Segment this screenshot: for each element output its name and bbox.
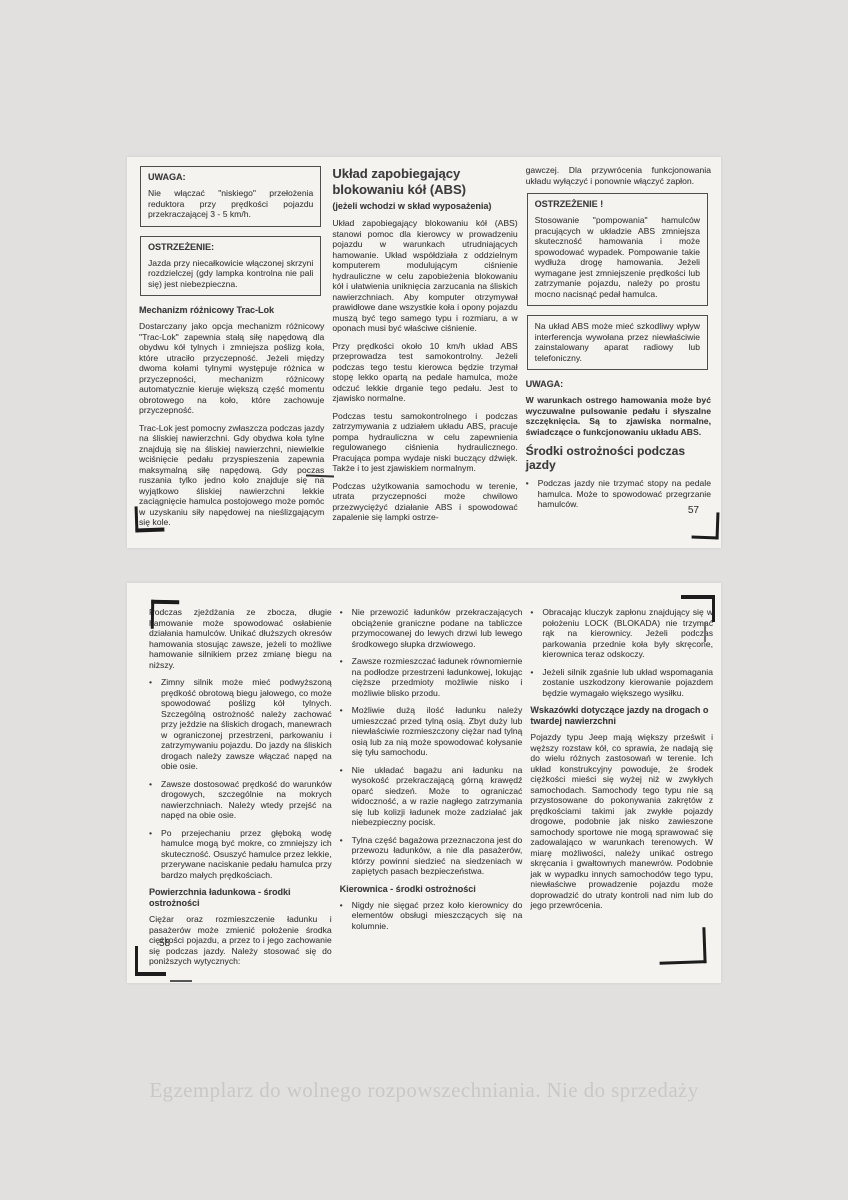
scan-artifact-dash — [704, 622, 706, 642]
list-item: Podczas jazdy nie trzymać stopy na pedal… — [526, 478, 711, 510]
paragraph: Podczas użytkowania samochodu w terenie,… — [332, 481, 517, 523]
info-box-body: Na układ ABS może mieć szkodliwy wpływ i… — [535, 321, 700, 363]
crop-mark — [135, 506, 165, 533]
list-item: Nie układać bagażu ani ładunku na wysoko… — [340, 765, 523, 828]
scan-artifact-dash — [170, 980, 192, 982]
list-item: Po przejechaniu przez głęboką wodę hamul… — [149, 828, 332, 881]
list-item-text: Nie układać bagażu ani ładunku na wysoko… — [352, 765, 523, 828]
page58-column-1: Podczas zjeżdżania ze zbocza, długie ham… — [149, 607, 332, 974]
note-box-uwaga: UWAGA: Nie włączać "niskiego" przełożeni… — [140, 166, 321, 227]
list-item-text: Tylna część bagażowa przeznaczona jest d… — [352, 835, 523, 877]
manual-page-58: Podczas zjeżdżania ze zbocza, długie ham… — [127, 583, 721, 983]
heading-kierownica: Kierownica - środki ostrożności — [340, 884, 523, 895]
warning-box-title: OSTRZEŻENIE ! — [535, 199, 700, 209]
list-item-text: Zimny silnik może mieć podwyższoną prędk… — [161, 677, 332, 772]
paragraph: Dostarczany jako opcja mechanizm różnico… — [139, 321, 324, 416]
page57-column-1: UWAGA: Nie włączać "niskiego" przełożeni… — [139, 165, 324, 535]
bullet-icon — [340, 900, 352, 932]
warning-box-ostrzezenie: OSTRZEŻENIE: Jazda przy niecałkowicie wł… — [140, 236, 321, 297]
list-item-text: Nigdy nie sięgać przez koło kierownicy d… — [352, 900, 523, 932]
list-item-text: Po przejechaniu przez głęboką wodę hamul… — [161, 828, 332, 881]
page58-column-3: Obracając kluczyk zapłonu znajdujący się… — [530, 607, 713, 974]
distribution-watermark: Egzemplarz do wolnego rozpowszechniania.… — [0, 1078, 848, 1103]
warning-box-body: Stosowanie "pompowania" hamulców pracują… — [535, 215, 700, 299]
list-item-text: Zawsze dostosować prędkość do warunków d… — [161, 779, 332, 821]
bullet-icon — [340, 835, 352, 877]
paragraph-continuation: gawczej. Dla przywrócenia funkcjonowania… — [526, 165, 711, 186]
list-item: Nigdy nie sięgać przez koło kierownicy d… — [340, 900, 523, 932]
paragraph: Pojazdy typu Jeep mają większy prześwit … — [530, 732, 713, 911]
list-item: Możliwie dużą ilość ładunku należy umies… — [340, 705, 523, 758]
heading-powierzchnia-ladunkowa: Powierzchnia ładunkowa - środki ostrożno… — [149, 887, 332, 909]
info-box-abs-interference: Na układ ABS może mieć szkodliwy wpływ i… — [527, 315, 708, 370]
paragraph: Ciężar oraz rozmieszczenie ładunku i pas… — [149, 914, 332, 967]
heading-wskazowki-jazdy: Wskazówki dotyczące jazdy na drogach o t… — [530, 705, 713, 727]
bullet-icon — [340, 656, 352, 698]
bullet-icon — [149, 677, 161, 772]
crop-mark — [151, 600, 180, 629]
list-item: Zimny silnik może mieć podwyższoną prędk… — [149, 677, 332, 772]
manual-page-57: UWAGA: Nie włączać "niskiego" przełożeni… — [127, 157, 721, 548]
bullet-icon — [340, 607, 352, 649]
bullet-icon — [149, 828, 161, 881]
bullet-icon — [526, 478, 538, 510]
list-item-text: Podczas jazdy nie trzymać stopy na pedal… — [538, 478, 711, 510]
list-item: Nie przewozić ładunków przekraczających … — [340, 607, 523, 649]
heading-abs: Układ zapobiegający blokowaniu kół (ABS) — [332, 166, 517, 197]
crop-mark — [692, 512, 720, 540]
heading-trac-lok: Mechanizm różnicowy Trac-Lok — [139, 305, 324, 316]
note-box-title: UWAGA: — [148, 172, 313, 182]
bullet-icon — [340, 705, 352, 758]
bullet-icon — [530, 667, 542, 699]
crop-mark — [135, 946, 166, 976]
list-item-text: Nie przewozić ładunków przekraczających … — [352, 607, 523, 649]
list-item-text: Jeżeli silnik zgaśnie lub układ wspomaga… — [542, 667, 713, 699]
bullet-icon — [149, 779, 161, 821]
subheading-abs: (jeżeli wchodzi w skład wyposażenia) — [332, 201, 517, 211]
crop-mark — [681, 595, 715, 622]
warning-box-title: OSTRZEŻENIE: — [148, 242, 313, 252]
list-item-text: Możliwie dużą ilość ładunku należy umies… — [352, 705, 523, 758]
list-item: Jeżeli silnik zgaśnie lub układ wspomaga… — [530, 667, 713, 699]
list-item-text: Zawsze rozmieszczać ładunek równomiernie… — [352, 656, 523, 698]
paragraph: Podczas testu samokontrolnego i podczas … — [332, 411, 517, 474]
warning-box-body: Jazda przy niecałkowicie włączonej skrzy… — [148, 258, 313, 290]
list-item: Zawsze dostosować prędkość do warunków d… — [149, 779, 332, 821]
warning-box-abs-pumping: OSTRZEŻENIE ! Stosowanie "pompowania" ha… — [527, 193, 708, 306]
page58-column-2: Nie przewozić ładunków przekraczających … — [340, 607, 523, 974]
note-body: W warunkach ostrego hamowania może być w… — [526, 395, 711, 437]
bullet-icon — [340, 765, 352, 828]
heading-srodki-ostroznosci: Środki ostrożności podczas jazdy — [526, 444, 711, 472]
note-box-body: Nie włączać "niskiego" przełożenia reduk… — [148, 188, 313, 220]
paragraph: Układ zapobiegający blokowaniu kół (ABS)… — [332, 218, 517, 334]
paragraph: Przy prędkości około 10 km/h układ ABS p… — [332, 341, 517, 404]
page57-column-2: Układ zapobiegający blokowaniu kół (ABS)… — [332, 165, 517, 535]
paragraph: Trac-Lok jest pomocny zwłaszcza podczas … — [139, 423, 324, 528]
bullet-icon — [530, 607, 542, 660]
page57-column-3: gawczej. Dla przywrócenia funkcjonowania… — [526, 165, 711, 535]
list-item: Tylna część bagażowa przeznaczona jest d… — [340, 835, 523, 877]
note-title-uwaga: UWAGA: — [526, 379, 711, 389]
crop-mark — [658, 927, 706, 965]
list-item: Zawsze rozmieszczać ładunek równomiernie… — [340, 656, 523, 698]
